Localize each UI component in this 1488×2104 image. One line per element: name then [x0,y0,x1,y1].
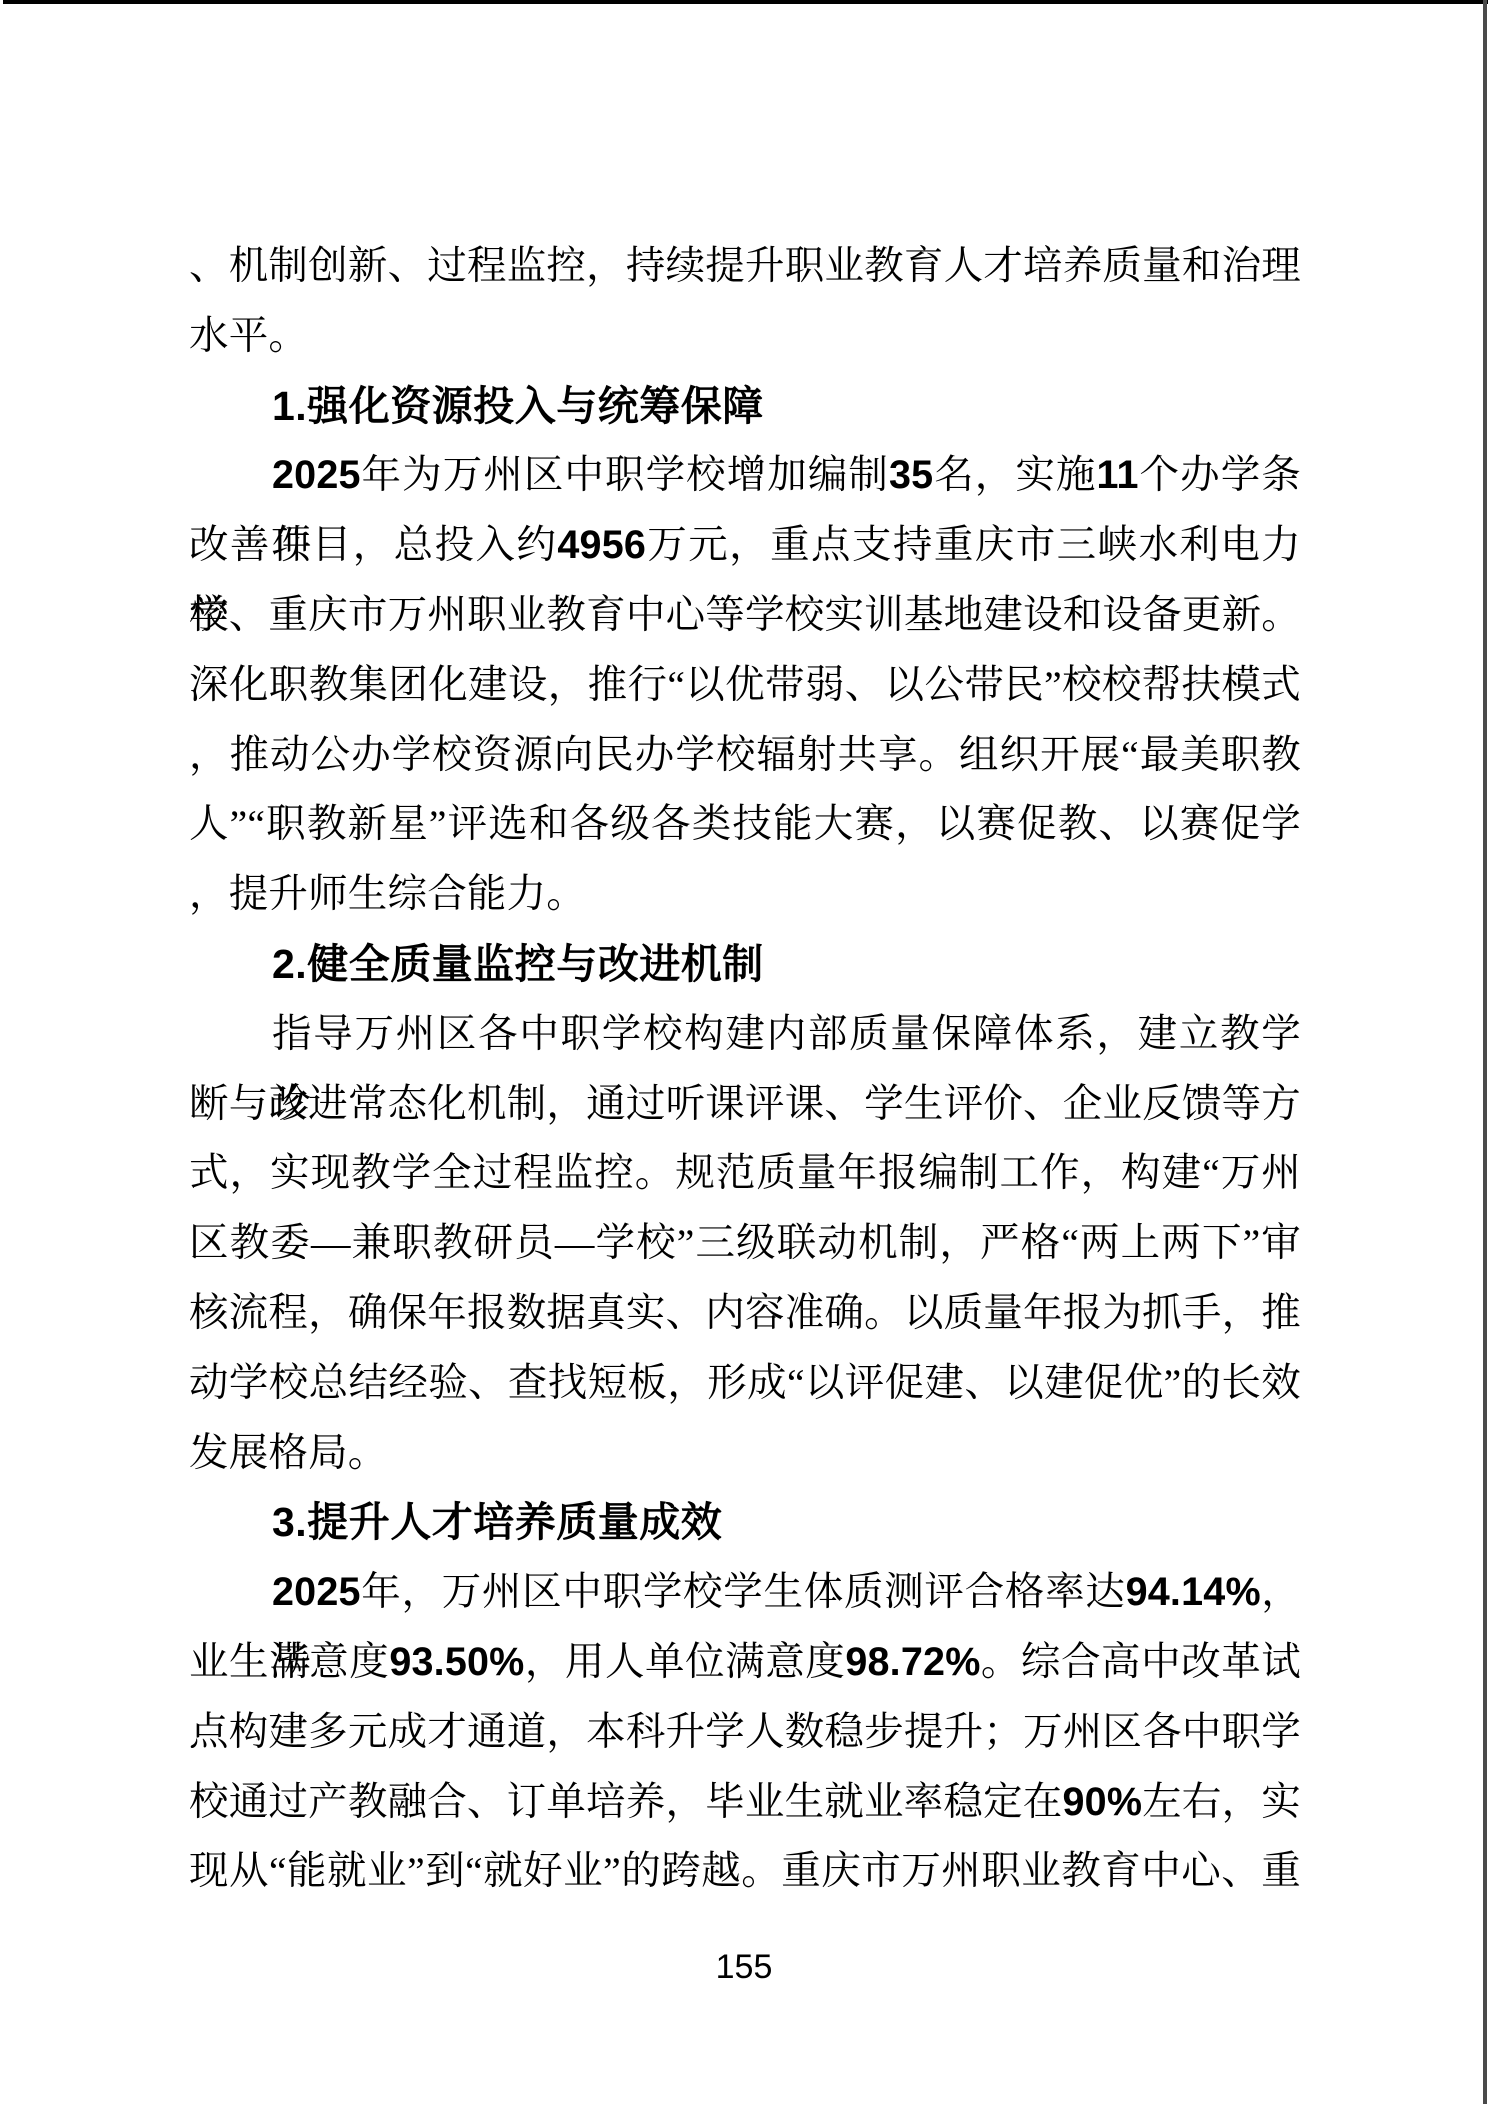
text-line: 指导万州区各中职学校构建内部质量保障体系，建立教学诊 [189,1000,1301,1070]
numeric-text: 11 [1097,453,1139,497]
body-text: 3.提升人才培养质量成效 [272,1499,722,1545]
body-text: 发展格局。 [189,1431,388,1475]
numeric-text: 2025 [272,453,361,497]
body-text: 断与改进常态化机制，通过听课评课、学生评价、企业反馈等方 [189,1082,1301,1126]
body-text: 点构建多元成才通道，本科升学人数稳步提升；万州区各中职学 [189,1710,1301,1754]
text-line: 发展格局。 [189,1419,1301,1489]
text-line: 改善项目，总投入约4956万元，重点支持重庆市三峡水利电力学 [189,511,1301,581]
body-text: 、机制创新、过程监控，持续提升职业教育人才培养质量和治理 [189,244,1301,288]
body-text: 年，万州区中职学校学生体质测评合格率达 [361,1570,1126,1614]
numeric-text: 2025 [272,1570,361,1614]
body-text: 区教委—兼职教研员—学校”三级联动机制，严格“两上两下”审 [189,1221,1301,1265]
page-border-right [1483,0,1487,2104]
heading-line: 2.健全质量监控与改进机制 [189,930,1301,1000]
body-text: 深化职教集团化建设，推行“以优带弱、以公带民”校校帮扶模式 [189,663,1301,707]
body-text: 改善项目，总投入约 [189,523,557,567]
body-text: 校通过产教融合、订单培养，毕业生就业率稳定在 [189,1780,1063,1824]
numeric-text: 98.72% [845,1640,980,1684]
body-text: ，推动公办学校资源向民办学校辐射共享。组织开展“最美职教 [189,733,1301,777]
body-text: 业生满意度 [189,1640,389,1684]
body-text: 人”“职教新星”评选和各级各类技能大赛，以赛促教、以赛促学 [189,802,1301,846]
body-text: 核流程，确保年报数据真实、内容准确。以质量年报为抓手，推 [189,1291,1301,1335]
text-line: 核流程，确保年报数据真实、内容准确。以质量年报为抓手，推 [189,1279,1301,1349]
numeric-text: 4956 [557,523,646,567]
text-line: 2025年为万州区中职学校增加编制35名，实施11个办学条件 [189,441,1301,511]
body-text: 1.强化资源投入与统筹保障 [272,383,764,429]
numeric-text: 90% [1063,1780,1143,1824]
body-text: ，用人单位满意度 [524,1640,845,1684]
text-line: 现从“能就业”到“就好业”的跨越。重庆市万州职业教育中心、重 [189,1837,1301,1907]
text-line: 点构建多元成才通道，本科升学人数稳步提升；万州区各中职学 [189,1698,1301,1768]
text-line: 、机制创新、过程监控，持续提升职业教育人才培养质量和治理 [189,232,1301,302]
text-line: 式，实现教学全过程监控。规范质量年报编制工作，构建“万州 [189,1139,1301,1209]
body-text: 2.健全质量监控与改进机制 [272,941,764,987]
body-text: 水平。 [189,314,308,358]
body-text: 现从“能就业”到“就好业”的跨越。重庆市万州职业教育中心、重 [189,1849,1301,1893]
numeric-text: 35 [889,453,933,497]
body-text: 。综合高中改革试 [981,1640,1302,1684]
text-line: ，提升师生综合能力。 [189,860,1301,930]
text-line: 2025年，万州区中职学校学生体质测评合格率达94.14%，毕 [189,1558,1301,1628]
text-line: 区教委—兼职教研员—学校”三级联动机制，严格“两上两下”审 [189,1209,1301,1279]
text-block: 、机制创新、过程监控，持续提升职业教育人才培养质量和治理水平。1.强化资源投入与… [189,232,1301,1907]
body-text: ，提升师生综合能力。 [189,872,586,916]
text-line: 校通过产教融合、订单培养，毕业生就业率稳定在90%左右，实 [189,1768,1301,1838]
page-border-top [3,0,1488,4]
text-line: 深化职教集团化建设，推行“以优带弱、以公带民”校校帮扶模式 [189,651,1301,721]
body-text: 名，实施 [933,453,1096,497]
text-line: 人”“职教新星”评选和各级各类技能大赛，以赛促教、以赛促学 [189,790,1301,860]
text-line: 业生满意度93.50%，用人单位满意度98.72%。综合高中改革试 [189,1628,1301,1698]
body-text: 校、重庆市万州职业教育中心等学校实训基地建设和设备更新。 [189,593,1301,637]
body-text: 动学校总结经验、查找短板，形成“以评促建、以建促优”的长效 [189,1361,1301,1405]
body-text: 左右，实 [1142,1780,1301,1824]
heading-line: 3.提升人才培养质量成效 [189,1488,1301,1558]
text-line: 水平。 [189,302,1301,372]
text-line: 断与改进常态化机制，通过听课评课、学生评价、企业反馈等方 [189,1070,1301,1140]
text-line: 动学校总结经验、查找短板，形成“以评促建、以建促优”的长效 [189,1349,1301,1419]
text-line: 校、重庆市万州职业教育中心等学校实训基地建设和设备更新。 [189,581,1301,651]
body-text: 式，实现教学全过程监控。规范质量年报编制工作，构建“万州 [189,1151,1301,1195]
numeric-text: 94.14% [1126,1570,1261,1614]
text-line: ，推动公办学校资源向民办学校辐射共享。组织开展“最美职教 [189,721,1301,791]
page-number: 155 [0,1948,1488,1987]
heading-line: 1.强化资源投入与统筹保障 [189,372,1301,442]
body-text: 年为万州区中职学校增加编制 [361,453,889,497]
document-page: { "colors": { "text": "#000000", "backgr… [0,0,1488,2104]
numeric-text: 93.50% [389,1640,524,1684]
